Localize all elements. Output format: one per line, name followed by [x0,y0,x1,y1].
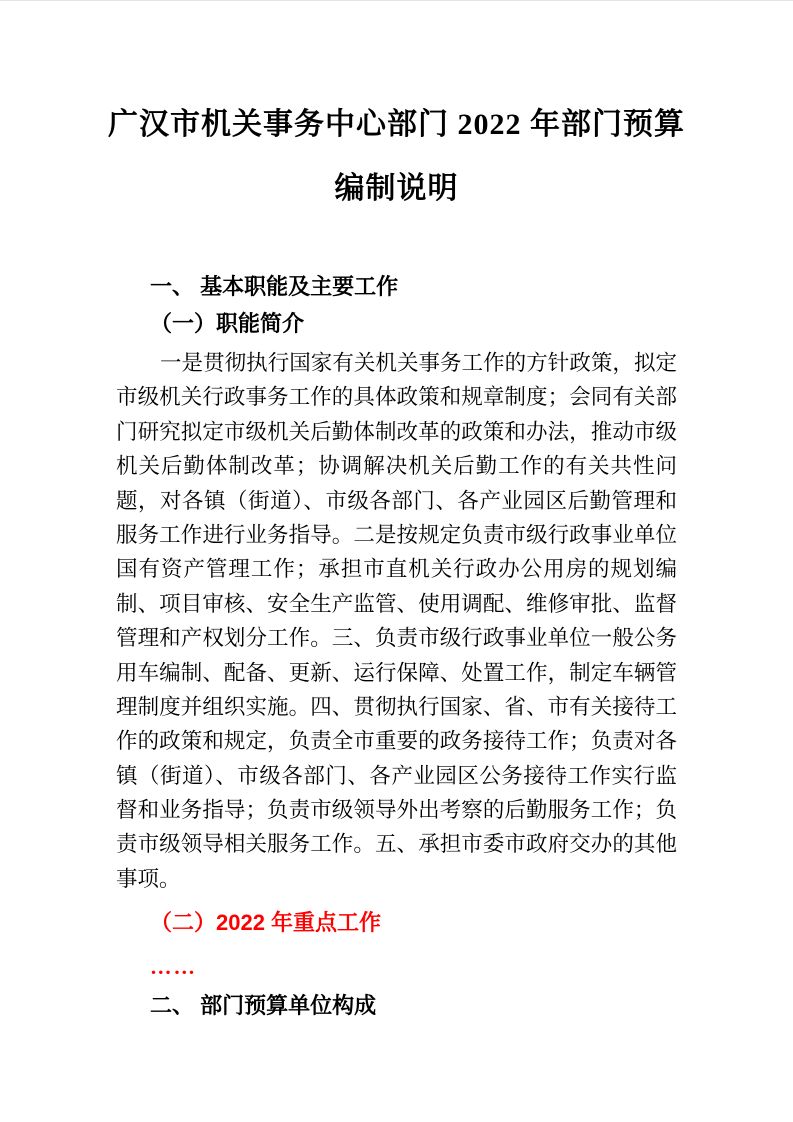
ellipsis-placeholder: …… [150,952,197,982]
paragraph-line: 事项。 [116,862,677,896]
paragraph-line: 管理和产权划分工作。三、负责市级行政事业单位一般公务 [116,621,677,655]
paragraph-line: 服务工作进行业务指导。二是按规定负责市级行政事业单位 [116,518,677,552]
paragraph-line: 题，对各镇（街道）、市级各部门、各产业园区后勤管理和 [116,484,677,518]
subsection-heading-2022-key-work: （二）2022 年重点工作 [150,908,381,938]
paragraph-line: 制、项目审核、安全生产监管、使用调配、维修审批、监督 [116,587,677,621]
section-heading-basic-functions: 一、 基本职能及主要工作 [150,272,398,302]
functions-paragraph: 一是贯彻执行国家有关机关事务工作的方针政策，拟定 市级机关行政事务工作的具体政策… [116,346,677,896]
paragraph-line: 一是贯彻执行国家有关机关事务工作的方针政策，拟定 [116,346,677,380]
document-title-line-2: 编制说明 [0,167,793,211]
paragraph-line: 机关后勤体制改革；协调解决机关后勤工作的有关共性问 [116,449,677,483]
document-title-line-1: 广汉市机关事务中心部门 2022 年部门预算 [0,103,793,147]
paragraph-line: 作的政策和规定，负责全市重要的政务接待工作；负责对各 [116,724,677,758]
paragraph-line: 市级机关行政事务工作的具体政策和规章制度；会同有关部 [116,380,677,414]
paragraph-line: 国有资产管理工作；承担市直机关行政办公用房的规划编 [116,552,677,586]
section-heading-budget-unit-composition: 二、 部门预算单位构成 [150,991,376,1021]
paragraph-line: 用车编制、配备、更新、运行保障、处置工作，制定车辆管 [116,656,677,690]
paragraph-line: 责市级领导相关服务工作。五、承担市委市政府交办的其他 [116,827,677,861]
subsection-heading-function-intro: （一）职能简介 [150,309,304,339]
paragraph-line: 门研究拟定市级机关后勤体制改革的政策和办法，推动市级 [116,415,677,449]
paragraph-line: 督和业务指导；负责市级领导外出考察的后勤服务工作；负 [116,793,677,827]
paragraph-line: 镇（街道）、市级各部门、各产业园区公务接待工作实行监 [116,759,677,793]
document-page: 广汉市机关事务中心部门 2022 年部门预算 编制说明 一、 基本职能及主要工作… [0,0,793,1122]
paragraph-line: 理制度并组织实施。四、贯彻执行国家、省、市有关接待工 [116,690,677,724]
